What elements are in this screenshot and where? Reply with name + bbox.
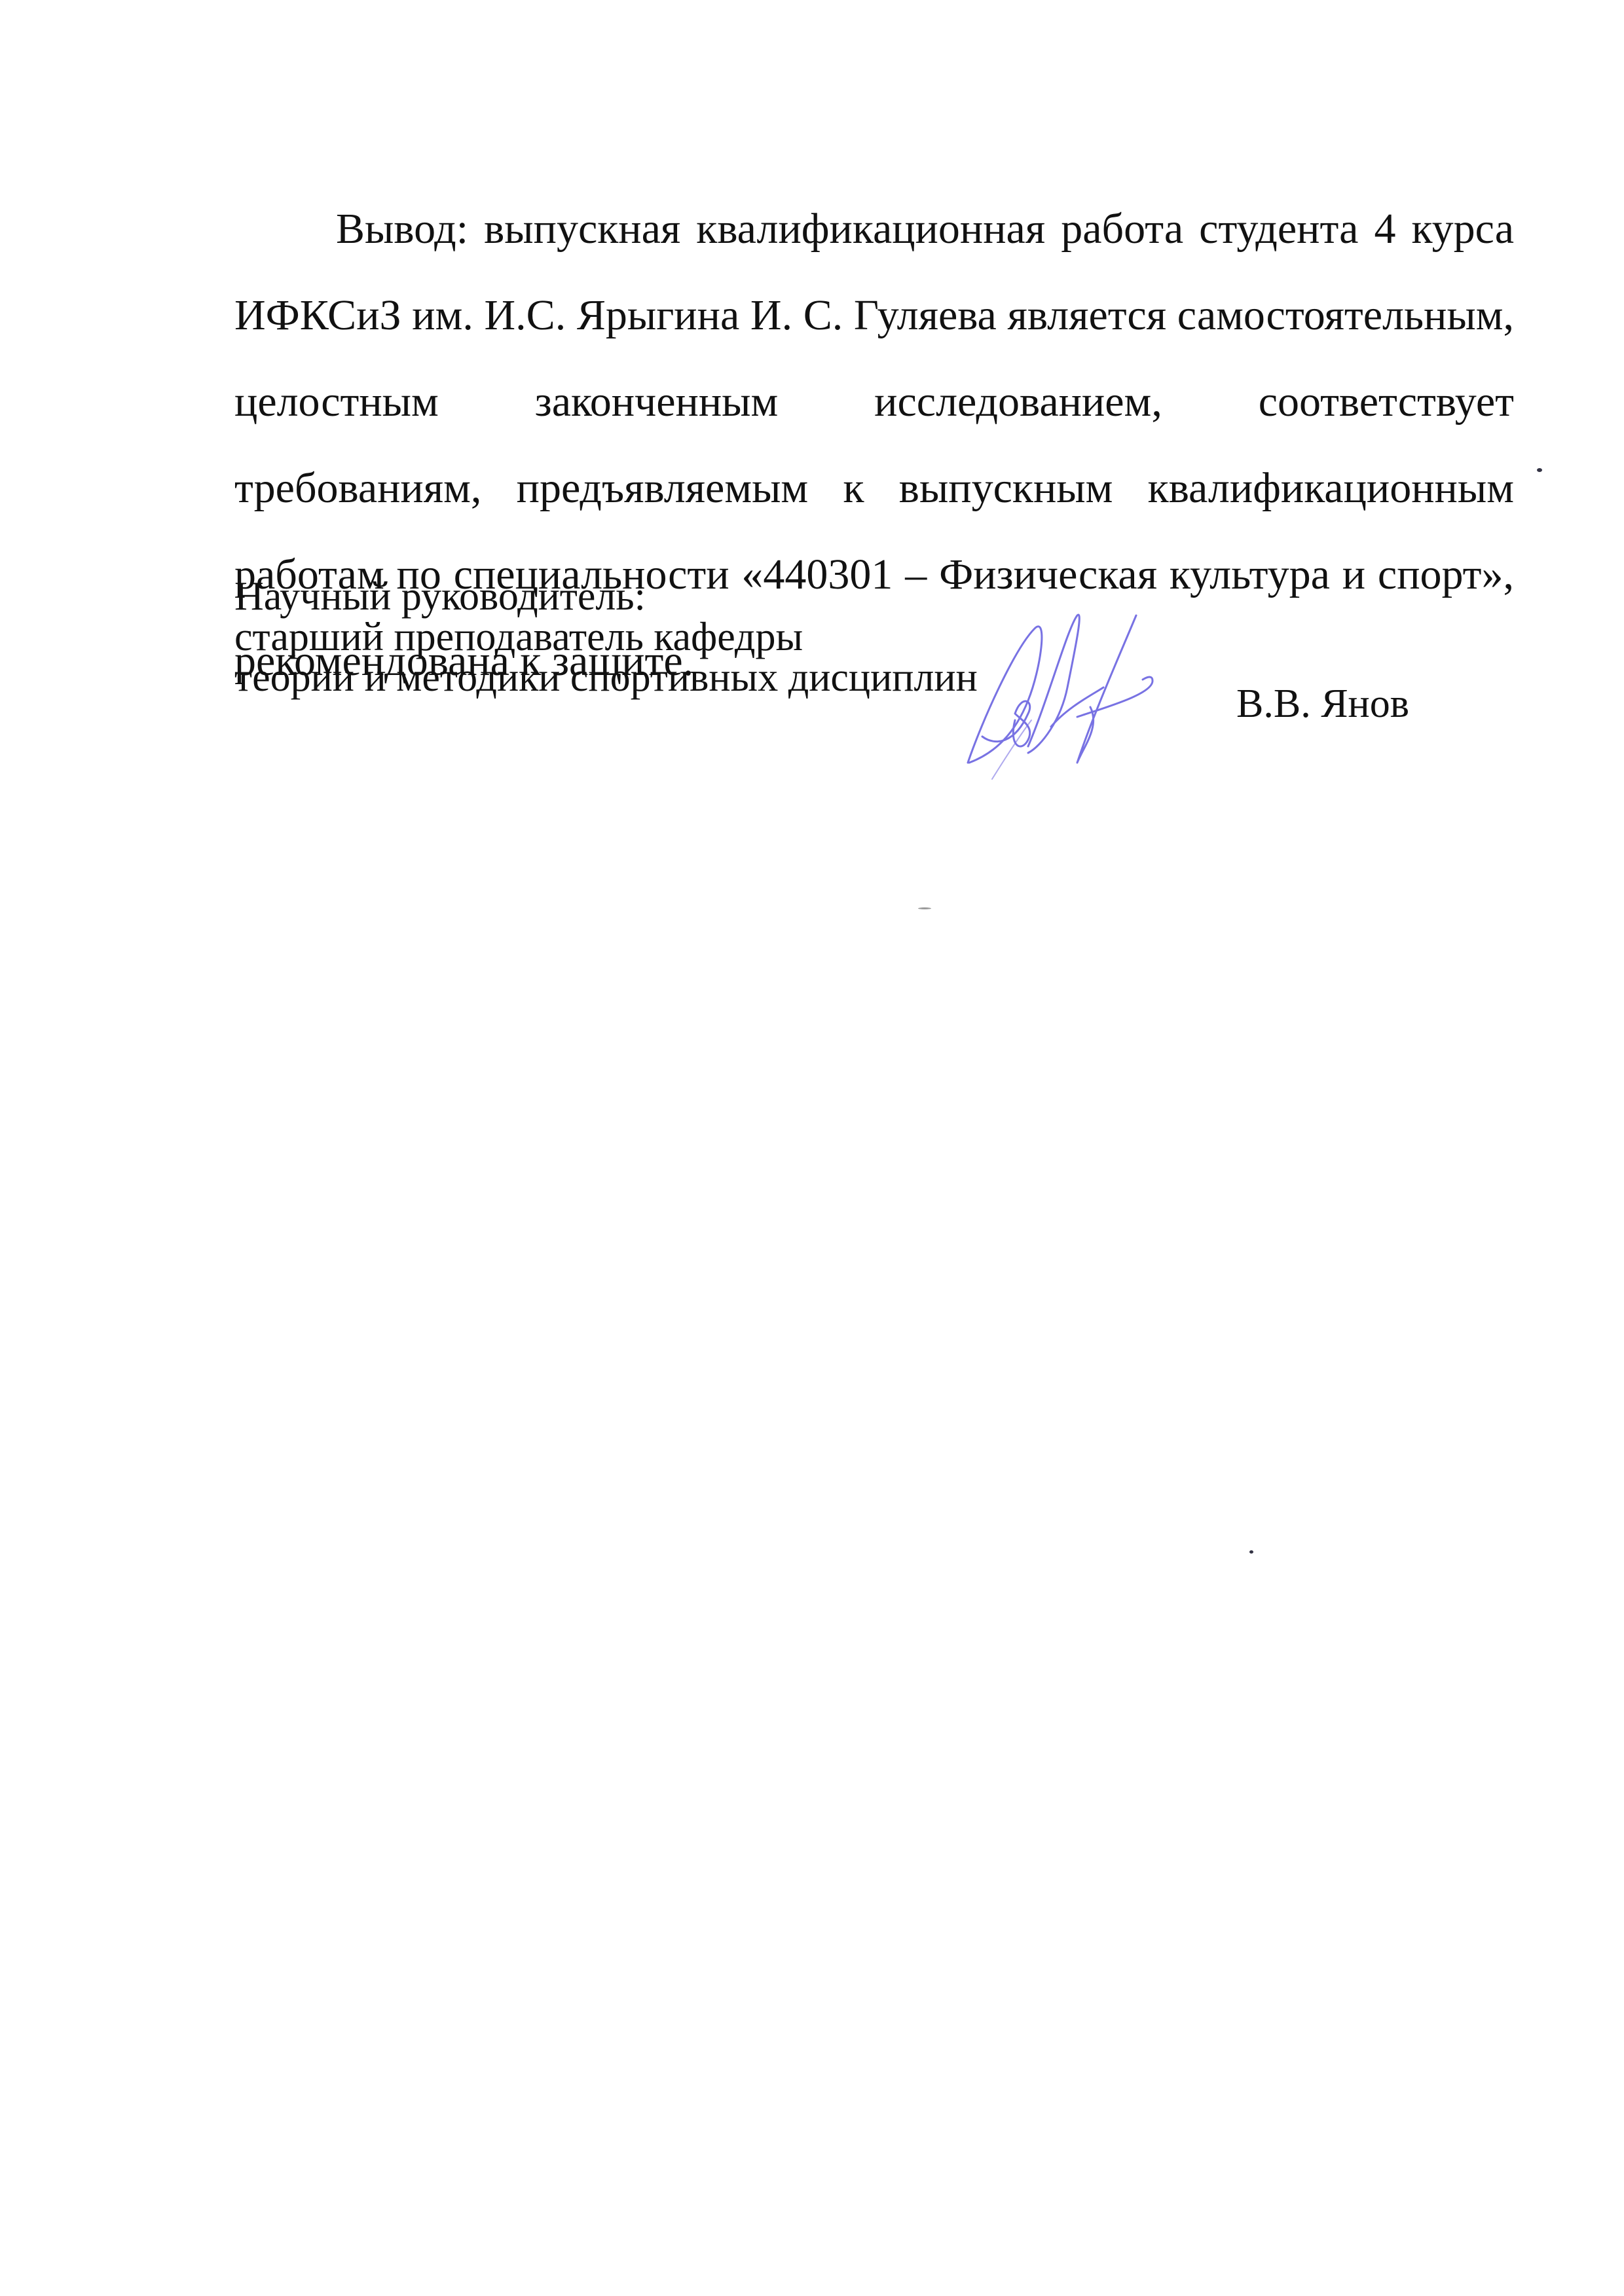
supervisor-block: Научный руководитель: старший преподават… <box>234 576 978 698</box>
supervisor-title-line-2: старший преподаватель кафедры <box>234 617 978 657</box>
handwritten-signature-icon <box>943 589 1257 799</box>
supervisor-title-line-1: Научный руководитель: <box>234 576 978 617</box>
scan-speck <box>918 907 931 909</box>
scan-speck <box>1249 1550 1253 1554</box>
signer-name: В.В. Янов <box>1236 681 1409 727</box>
supervisor-title-line-3: теории и методики спортивных дисциплин <box>234 657 978 698</box>
scan-speck <box>1537 468 1542 472</box>
